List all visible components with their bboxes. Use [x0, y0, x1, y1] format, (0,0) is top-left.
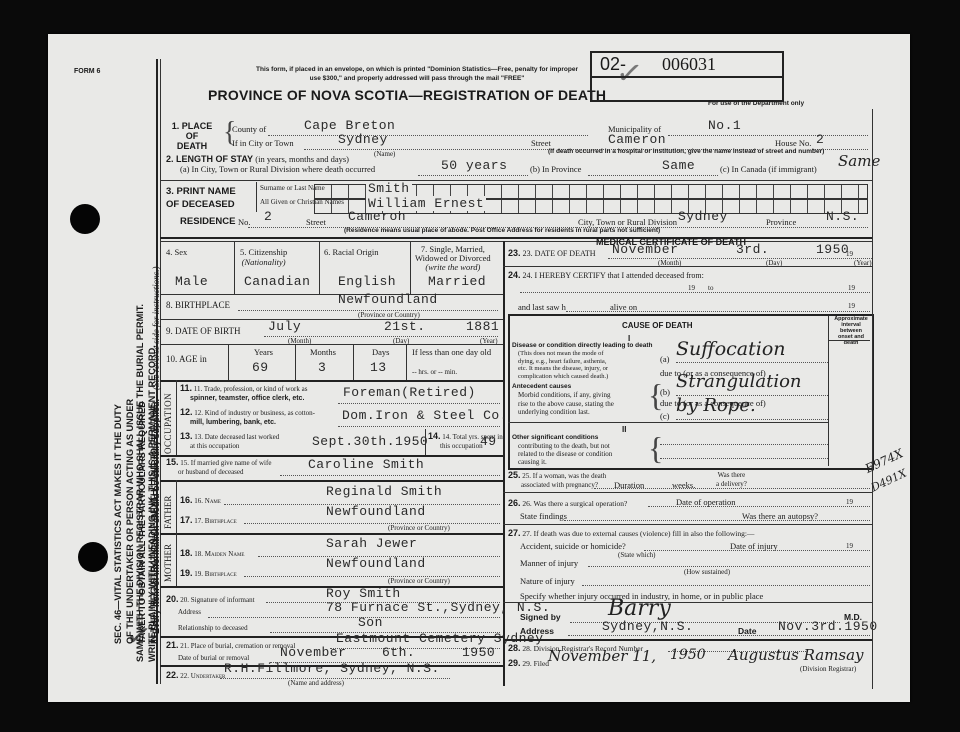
antecedent-note: Morbid conditions, if any, giving rise t…: [518, 391, 614, 417]
birthplace-value: Newfoundland: [338, 292, 438, 307]
interval-divider: [828, 316, 829, 466]
divider: [410, 241, 411, 294]
hospital-note: (If death occurred in a hospital or inst…: [548, 148, 824, 155]
date-of-death-label: 23. 23. DATE OF DEATH: [508, 248, 596, 258]
state-which-caption: (State which): [618, 551, 656, 559]
industry-value: Dom.Iron & Steel Co.: [342, 408, 508, 423]
certify-label: 24. 24. I HEREBY CERTIFY that I attended…: [508, 270, 704, 280]
given-names-label: All Given or Christian Names: [260, 198, 308, 206]
father-name-value: Reginald Smith: [326, 484, 442, 499]
cause-a-value: Suffocation: [676, 338, 786, 360]
to-label: to: [708, 284, 713, 292]
burial-year-value: 1950: [462, 645, 495, 660]
trade-rule: [338, 403, 500, 404]
physician-signature: Barry: [608, 596, 671, 621]
direct-cause-note: (This does not mean the mode of dying, e…: [518, 350, 608, 380]
burial-place-label: 21. 21. Place of burial, cremation or re…: [166, 640, 295, 650]
brace: {: [648, 430, 663, 467]
trade-value: Foreman(Retired): [343, 385, 476, 400]
relationship-value: Son: [358, 615, 383, 630]
stay-province-value: Same: [662, 158, 695, 173]
rule: [160, 380, 503, 382]
burial-day-value: 6th.: [382, 645, 415, 660]
age-less-label: If less than one day old: [412, 347, 491, 357]
stay-province-rule: [588, 175, 718, 176]
how-sustained-caption: (How sustained): [684, 568, 730, 576]
surgery-label: 26. 26. Was there a surgical operation?: [508, 498, 627, 508]
stay-city-label: (a) In City, Town or Rural Division wher…: [180, 164, 375, 174]
racial-origin-value: English: [338, 274, 396, 289]
registration-number: 006031: [662, 54, 716, 75]
stay-city-rule: [418, 175, 528, 176]
year-prefix: 19: [848, 302, 855, 310]
county-label: County of: [232, 124, 266, 134]
last-saw-rule: [566, 311, 870, 312]
spouse-label: 15. 15. If married give name of wife or …: [166, 458, 271, 477]
marital-status-value: Married: [428, 274, 486, 289]
stay-canada-value: Same: [838, 152, 880, 170]
divider: [176, 480, 177, 534]
cause-b-label: (b): [660, 387, 670, 397]
findings-label: State findings: [520, 511, 567, 521]
residence-city-value: Sydney: [678, 209, 728, 224]
nature-label: Nature of injury: [520, 576, 575, 586]
last-saw-label: and last saw h: [518, 302, 566, 312]
year-prefix: 19: [688, 284, 695, 292]
rule: [828, 340, 870, 341]
cause-c-value: by Rope.: [676, 395, 756, 416]
mother-birthplace-rule: [244, 576, 500, 577]
cause-b-value: Strangulation: [676, 371, 802, 392]
divider: [319, 241, 320, 294]
rule: [503, 602, 873, 603]
year-prefix: 19: [846, 542, 853, 550]
mother-maiden-label: 18. 18. Maiden Name: [180, 548, 244, 558]
right-frame: [872, 109, 873, 689]
antecedent-label: Antecedent causes: [512, 383, 571, 390]
spouse-value: Caroline Smith: [308, 457, 424, 472]
racial-origin-label: 6. Racial Origin: [324, 247, 379, 257]
external-causes-label: 27. 27. If death was due to external cau…: [508, 528, 754, 538]
mother-section-label: MOTHER: [163, 544, 173, 582]
rule: [160, 480, 503, 482]
residence-city-label: City, Town or Rural Division: [578, 217, 677, 227]
dob-year-value: 1881: [466, 319, 499, 334]
dod-rule: [608, 258, 872, 259]
undertaker-caption: (Name and address): [288, 679, 344, 687]
punch-hole: [70, 204, 100, 234]
city-value: Sydney: [338, 132, 388, 147]
rule: [160, 180, 872, 181]
residence-street-label: Street: [306, 217, 326, 227]
part-two-label: II: [622, 425, 626, 434]
form-title: PROVINCE OF NOVA SCOTIA—REGISTRATION OF …: [208, 87, 606, 103]
registrar-signature: Augustus Ramsay: [728, 646, 864, 664]
father-birthplace-rule: [244, 523, 500, 524]
citizenship-label: 5. Citizenship (Nationality): [240, 247, 287, 267]
municipality-value: No.1: [708, 118, 741, 133]
other-rule: [660, 458, 828, 459]
residence-note: (Residence means usual place of abode. P…: [344, 227, 660, 234]
house-label: House No.: [775, 138, 811, 148]
informant-address-rule: [208, 617, 500, 618]
other-conditions-note: contributing to the death, but not relat…: [518, 442, 612, 466]
pregnancy-label: 25. 25. If a woman, was the death associ…: [508, 471, 606, 489]
surgery-rule: [648, 506, 870, 507]
filed-year-value: 1950: [670, 647, 706, 663]
mother-birthplace-caption: (Province or Country): [388, 577, 450, 585]
citizenship-value: Canadian: [244, 274, 310, 289]
residence-province-label: Province: [766, 217, 796, 227]
rule: [160, 319, 503, 320]
age-months-label: Months: [310, 347, 336, 357]
dod-year-value: 1950: [816, 242, 849, 257]
manner-label: Manner of injury: [520, 558, 578, 568]
accident-rule: [644, 550, 870, 551]
direct-cause-label: Disease or condition directly leading to…: [512, 342, 653, 349]
filed-date-value: November 11,: [548, 647, 656, 665]
postal-notice: This form, if placed in an envelope, on …: [222, 65, 612, 83]
stay-province-label: (b) In Province: [530, 164, 581, 174]
county-value: Cape Breton: [304, 118, 395, 133]
rule: [508, 422, 828, 423]
city-label: If in City or Town: [232, 138, 294, 148]
divider: [295, 344, 296, 380]
punch-hole: [78, 542, 108, 572]
rule: [503, 639, 873, 641]
divider: [176, 380, 177, 455]
registration-number-box: 02- 006031: [590, 51, 784, 102]
last-worked-label: 13. 13. Date deceased last worked at thi…: [180, 432, 279, 451]
column-divider: [503, 241, 505, 686]
age-hours: -- hrs. or -- min.: [412, 368, 457, 376]
pregnancy-rule: [594, 488, 870, 489]
margin-note: Every item of information should be care…: [150, 267, 162, 634]
length-of-stay-label: 2. LENGTH OF STAY (in years, months and …: [166, 154, 349, 164]
divider: [228, 344, 229, 380]
residence-no-label: No.: [238, 217, 251, 227]
street-label: Street: [531, 138, 551, 148]
father-name-label: 16. 16. Name: [180, 495, 221, 505]
mother-maiden-value: Sarah Jewer: [326, 536, 417, 551]
registrar-caption: (Division Registrar): [800, 665, 856, 673]
age-months-value: 3: [318, 360, 326, 375]
stay-canada-label: (c) In Canada (if immigrant): [720, 164, 817, 174]
year-prefix: 19: [846, 498, 853, 506]
dob-day-value: 21st.: [384, 319, 426, 334]
burial-month-value: November: [280, 645, 346, 660]
delivery-label: Was there a delivery?: [716, 471, 747, 488]
residence-province-value: N.S.: [826, 209, 859, 224]
birthplace-caption: (Province or Country): [358, 311, 420, 319]
year-suffix: 19: [846, 250, 853, 258]
death-registration-form: ✓ ✓ FORM 6 SEC. 46—VITAL STATISTICS ACT …: [48, 34, 910, 702]
other-conditions-label: Other significant conditions: [512, 434, 598, 441]
house-value: 2: [816, 132, 824, 147]
city-caption: (Name): [374, 150, 395, 158]
trade-label: 11. 11. Trade, profession, or kind of wo…: [180, 384, 307, 403]
rule: [160, 237, 872, 239]
spouse-rule: [280, 475, 500, 476]
dod-day-value: 3rd.: [736, 242, 769, 257]
interval-label: Approximate interval between onset and d…: [832, 316, 870, 346]
signed-by-label: Signed by: [520, 612, 561, 622]
street-value: Cameron: [608, 132, 666, 147]
year-prefix: 19: [848, 284, 855, 292]
divider: [176, 533, 177, 586]
dob-month-value: July: [268, 319, 301, 334]
birthplace-label: 8. BIRTHPLACE: [166, 300, 230, 310]
divider: [256, 182, 257, 212]
signed-date-value: Nov.3rd.1950: [778, 619, 878, 634]
attended-rule: [520, 292, 870, 293]
cause-a-label: (a): [660, 354, 669, 364]
age-years-value: 69: [252, 360, 269, 375]
rule: [160, 294, 503, 295]
filed-label: 29. 29. Filed: [508, 658, 549, 668]
surname-value: Smith: [366, 181, 412, 196]
city-rule: [304, 149, 554, 150]
county-rule: [268, 135, 588, 136]
informant-label: 20. 20. Signature of informant: [166, 594, 255, 604]
name-of-deceased-label: 3. PRINT NAME OF DECEASED: [166, 185, 236, 211]
stay-city-value: 50 years: [441, 158, 507, 173]
physician-address-value: Sydney,N.S.: [602, 619, 693, 634]
age-days-value: 13: [370, 360, 387, 375]
mother-birthplace-value: Newfoundland: [326, 556, 426, 571]
cause-a-rule: [676, 362, 828, 363]
rule: [503, 492, 873, 493]
residence-no-value: 2: [264, 209, 272, 224]
marital-status-label: 7. Single, Married, Widowed or Divorced …: [415, 245, 491, 272]
last-worked-value: Sept.30th.1950: [312, 434, 428, 449]
informant-address-label: Address: [178, 608, 201, 616]
industry-label: 12. 12. Kind of industry or business, as…: [180, 408, 315, 427]
manner-rule: [588, 566, 870, 567]
sex-value: Male: [175, 274, 208, 289]
department-note: For use of the Department only: [708, 100, 804, 107]
occupation-section-label: OCCUPATION: [163, 393, 173, 454]
age-years-label: Years: [254, 347, 273, 357]
address-rule: [568, 635, 870, 636]
other-rule: [660, 444, 828, 445]
age-days-label: Days: [372, 347, 389, 357]
divider: [406, 344, 407, 380]
registration-prefix: 02-: [600, 54, 626, 75]
father-birthplace-value: Newfoundland: [326, 504, 426, 519]
physician-address-label: Address: [520, 626, 554, 636]
rule: [503, 266, 873, 267]
dod-month-value: November: [612, 242, 678, 257]
surname-label: Surname or Last Name: [260, 184, 308, 192]
father-section-label: FATHER: [163, 496, 173, 529]
father-birthplace-label: 17. 17. Birthplace: [180, 515, 237, 525]
relationship-label: Relationship to deceased: [178, 624, 248, 632]
rule: [160, 533, 503, 535]
father-birthplace-caption: (Province or Country): [388, 524, 450, 532]
informant-value: Roy Smith: [326, 586, 401, 601]
accident-label: Accident, suicide or homicide?: [520, 541, 626, 551]
industry-rule: [338, 426, 500, 427]
residence-label: RESIDENCE: [180, 216, 235, 227]
form-number: FORM 6: [74, 68, 100, 75]
municipality-rule: [668, 135, 868, 136]
residence-street-value: Cameron: [348, 209, 406, 224]
undertaker-label: 22. 22. Undertaker: [166, 670, 225, 680]
divider: [234, 241, 235, 294]
sex-label: 4. Sex: [166, 247, 187, 257]
cause-c-rule: [676, 419, 828, 420]
age-label: 10. AGE in: [166, 354, 207, 364]
years-in-occupation-value: 49: [480, 434, 497, 449]
dob-label: 9. DATE OF BIRTH: [166, 326, 240, 336]
undertaker-value: R.H.Fillmore, Sydney, N.S.: [224, 661, 440, 676]
nature-rule: [582, 585, 870, 586]
divider: [353, 344, 354, 380]
rule: [160, 344, 503, 345]
mother-birthplace-label: 19. 19. Birthplace: [180, 568, 237, 578]
cause-c-label: (c): [660, 411, 669, 421]
rule: [503, 524, 873, 525]
findings-rule: [564, 520, 870, 521]
cause-of-death-heading: CAUSE OF DEATH: [622, 321, 693, 330]
place-of-death-label: 1. PLACE OF DEATH: [166, 121, 218, 151]
